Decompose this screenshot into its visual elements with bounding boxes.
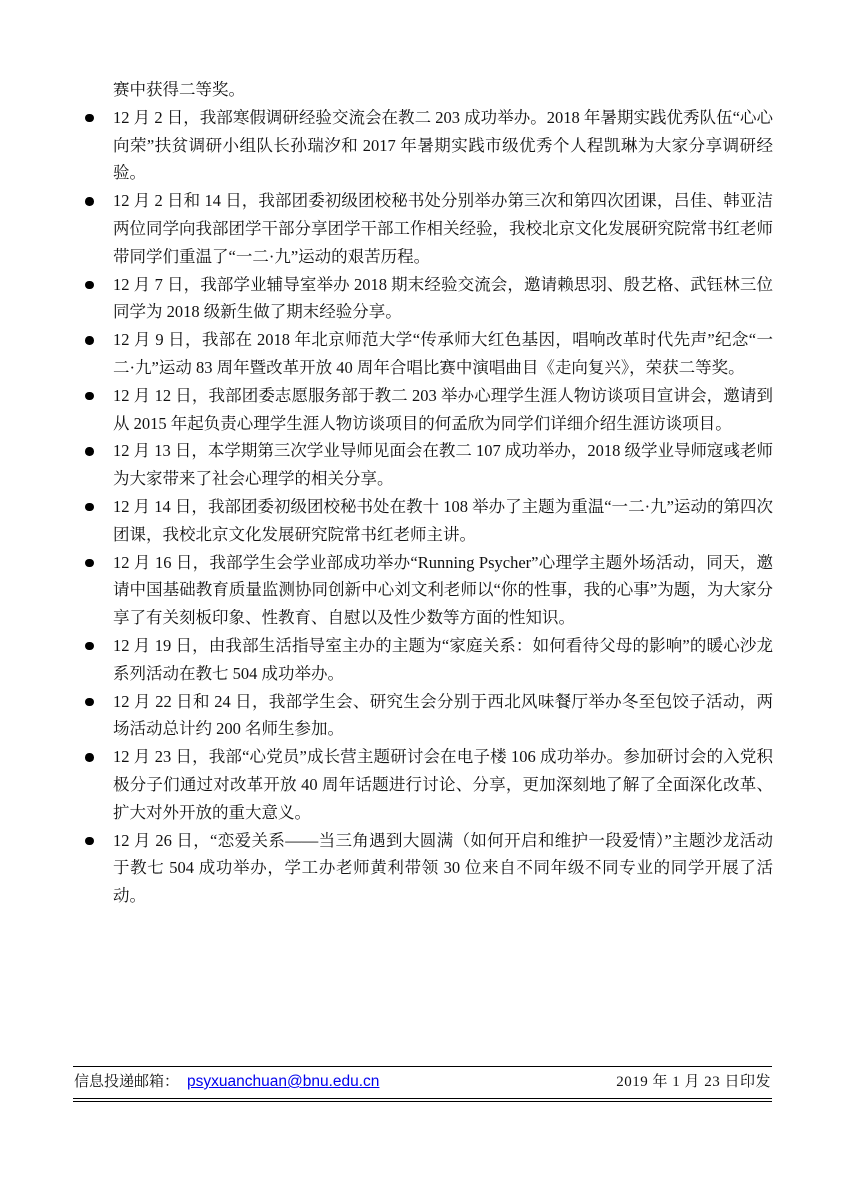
bullet-icon [85, 837, 94, 846]
continued-paragraph: 赛中获得二等奖。 [113, 76, 773, 104]
bullet-icon [85, 559, 94, 568]
bulletin-item: 12 月 2 日，我部寒假调研经验交流会在教二 203 成功举办。2018 年暑… [113, 104, 773, 187]
bullet-icon [85, 642, 94, 651]
bulletin-item-text: 12 月 9 日，我部在 2018 年北京师范大学“传承师大红色基因，唱响改革时… [113, 330, 773, 377]
bulletin-item-text: 12 月 2 日和 14 日，我部团委初级团校秘书处分别举办第三次和第四次团课，… [113, 191, 773, 266]
bullet-icon [85, 392, 94, 401]
bulletin-item: 12 月 12 日，我部团委志愿服务部于教二 203 举办心理学生涯人物访谈项目… [113, 382, 773, 438]
bulletin-item-text: 12 月 14 日，我部团委初级团校秘书处在教十 108 举办了主题为重温“一二… [113, 497, 773, 544]
document-page: 赛中获得二等奖。 12 月 2 日，我部寒假调研经验交流会在教二 203 成功举… [0, 0, 848, 1200]
bulletin-item: 12 月 13 日，本学期第三次学业导师见面会在教二 107 成功举办，2018… [113, 437, 773, 493]
footer-email-label: 信息投递邮箱： [74, 1071, 179, 1093]
bulletin-item: 12 月 23 日，我部“心党员”成长营主题研讨会在电子楼 106 成功举办。参… [113, 743, 773, 826]
bulletin-item: 12 月 14 日，我部团委初级团校秘书处在教十 108 举办了主题为重温“一二… [113, 493, 773, 549]
bulletin-item: 12 月 19 日，由我部生活指导室主办的主题为“家庭关系：如何看待父母的影响”… [113, 632, 773, 688]
bulletin-item: 12 月 2 日和 14 日，我部团委初级团校秘书处分别举办第三次和第四次团课，… [113, 187, 773, 270]
bulletin-item: 12 月 22 日和 24 日，我部学生会、研究生会分别于西北风味餐厅举办冬至包… [113, 688, 773, 744]
bullet-icon [85, 447, 94, 456]
bulletin-item: 12 月 7 日，我部学业辅导室举办 2018 期末经验交流会，邀请赖思羽、殷艺… [113, 271, 773, 327]
bulletin-item: 12 月 16 日，我部学生会学业部成功举办“Running Psycher”心… [113, 549, 773, 632]
bulletin-item-text: 12 月 7 日，我部学业辅导室举办 2018 期末经验交流会，邀请赖思羽、殷艺… [113, 275, 773, 322]
bulletin-item-text: 12 月 26 日，“恋爱关系——当三角遇到大圆满（如何开启和维护一段爱情）”主… [113, 831, 773, 906]
bullet-icon [85, 197, 94, 206]
bullet-icon [85, 114, 94, 123]
bulletin-item-text: 12 月 16 日，我部学生会学业部成功举办“Running Psycher”心… [113, 553, 773, 628]
bulletin-item-text: 12 月 23 日，我部“心党员”成长营主题研讨会在电子楼 106 成功举办。参… [113, 747, 773, 822]
footer-contact: 信息投递邮箱： psyxuanchuan@bnu.edu.cn [74, 1071, 379, 1093]
bullet-icon [85, 503, 94, 512]
bulletin-item: 12 月 9 日，我部在 2018 年北京师范大学“传承师大红色基因，唱响改革时… [113, 326, 773, 382]
bullet-icon [85, 281, 94, 290]
footer-email-link[interactable]: psyxuanchuan@bnu.edu.cn [187, 1071, 379, 1093]
bulletin-item-text: 12 月 19 日，由我部生活指导室主办的主题为“家庭关系：如何看待父母的影响”… [113, 636, 773, 683]
bulletin-item-text: 12 月 13 日，本学期第三次学业导师见面会在教二 107 成功举办，2018… [113, 441, 773, 488]
bullet-icon [85, 698, 94, 707]
bulletin-item-text: 12 月 12 日，我部团委志愿服务部于教二 203 举办心理学生涯人物访谈项目… [113, 386, 773, 433]
bulletin-list: 赛中获得二等奖。 12 月 2 日，我部寒假调研经验交流会在教二 203 成功举… [113, 76, 773, 910]
footer: 信息投递邮箱： psyxuanchuan@bnu.edu.cn 2019 年 1… [73, 1066, 772, 1102]
bullet-icon [85, 753, 94, 762]
bulletin-item: 12 月 26 日，“恋爱关系——当三角遇到大圆满（如何开启和维护一段爱情）”主… [113, 827, 773, 910]
bullet-icon [85, 336, 94, 345]
footer-print-date: 2019 年 1 月 23 日印发 [616, 1071, 771, 1093]
continued-paragraph-text: 赛中获得二等奖。 [113, 80, 245, 99]
bulletin-item-text: 12 月 2 日，我部寒假调研经验交流会在教二 203 成功举办。2018 年暑… [113, 108, 773, 183]
bulletin-item-text: 12 月 22 日和 24 日，我部学生会、研究生会分别于西北风味餐厅举办冬至包… [113, 692, 773, 739]
